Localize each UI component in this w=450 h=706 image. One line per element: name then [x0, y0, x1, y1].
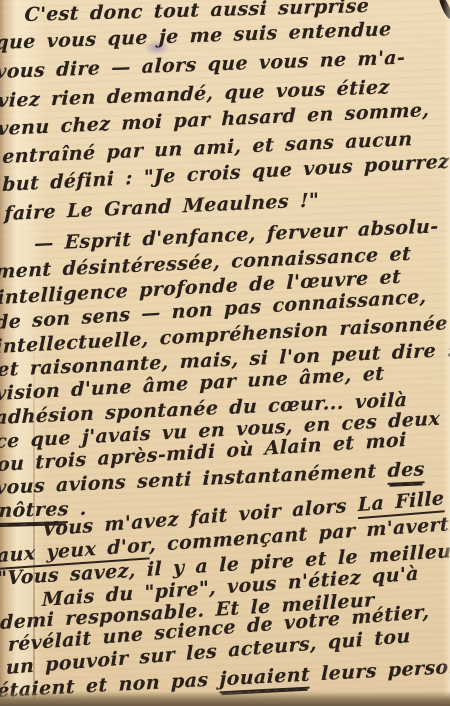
- manuscript-line: faire Le Grand Meaulnes !": [4, 189, 319, 225]
- underlined-text: des: [387, 458, 425, 485]
- manuscript-page: C'est donc tout aussi surpriseque vous q…: [0, 0, 450, 706]
- manuscript-text: C'est donc tout aussi surpriseque vous q…: [0, 0, 450, 706]
- underlined-text: étaient: [0, 676, 75, 705]
- underlined-text: jouaient: [219, 664, 310, 694]
- text-segment: faire Le Grand Meaulnes !": [4, 189, 319, 225]
- text-segment: et non pas: [75, 668, 220, 698]
- text-segment: leurs personnag: [310, 653, 450, 685]
